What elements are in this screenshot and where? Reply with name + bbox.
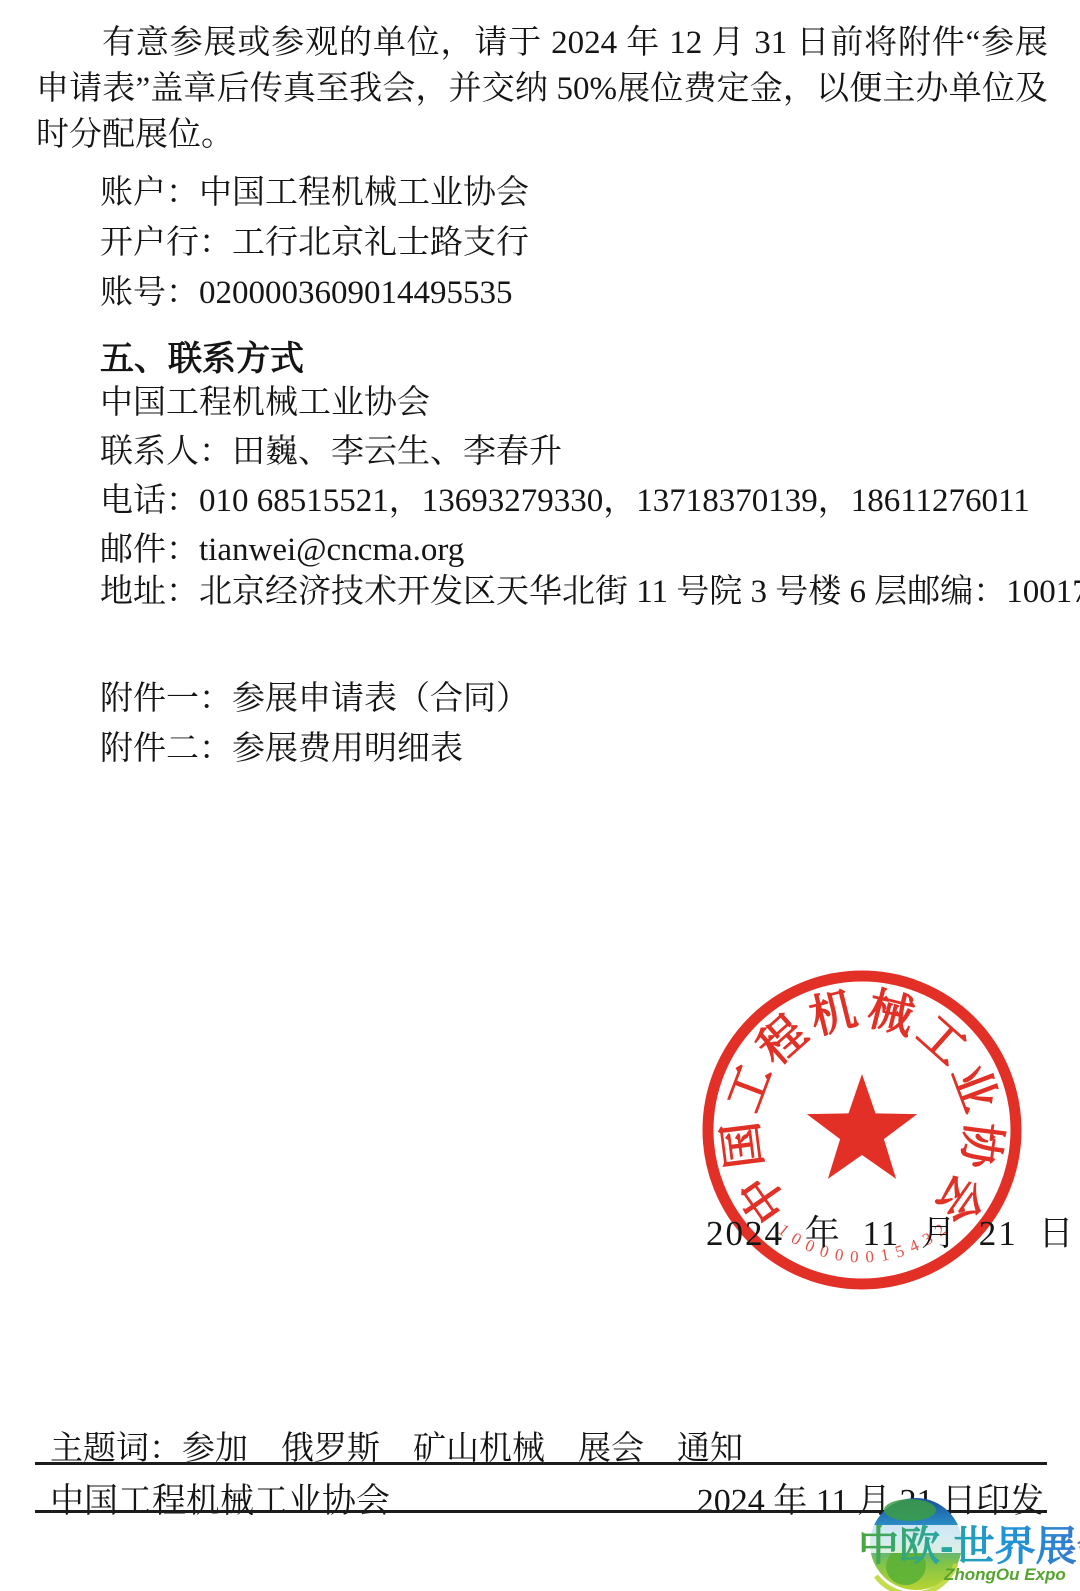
- attachment-2: 附件二：参展费用明细表: [100, 726, 463, 772]
- section-heading-contact: 五、联系方式: [100, 331, 304, 380]
- seal-char: 国: [715, 1119, 771, 1171]
- contact-address: 地址：北京经济技术开发区天华北街 11 号院 3 号楼 6 层邮编：100176: [100, 569, 1080, 615]
- expo-logo: 中欧-世界展会 ZhongOu Expo: [854, 1494, 1080, 1591]
- contact-persons: 联系人：田巍、李云生、李春升: [100, 429, 562, 475]
- attachment-1: 附件一：参展申请表（合同）: [100, 676, 529, 722]
- seal-star-icon: [807, 1074, 917, 1179]
- footer-rule-top: [35, 1462, 1047, 1465]
- bank-account-number: 账号：0200003609014495535: [100, 270, 513, 316]
- bank-branch: 开户行：工行北京礼士路支行: [100, 220, 529, 266]
- expo-logo-subtitle: ZhongOu Expo: [943, 1565, 1066, 1584]
- seal-char: 协: [953, 1119, 1010, 1173]
- issue-date: 2024 年 11 月 21 日: [706, 1206, 1075, 1256]
- contact-phone: 电话：010 68515521，13693279330，13718370139，…: [100, 478, 1030, 524]
- bank-account-name: 账户：中国工程机械工业协会: [100, 170, 529, 216]
- contact-organization: 中国工程机械工业协会: [100, 380, 430, 426]
- intro-paragraph: 有意参展或参观的单位，请于 2024 年 12 月 31 日前将附件“参展申请表…: [36, 20, 1048, 158]
- expo-logo-graphic: 中欧-世界展会 ZhongOu Expo: [854, 1494, 1080, 1591]
- contact-email: 邮件：tianwei@cncma.org: [100, 527, 464, 573]
- seal-char: 械: [862, 983, 919, 1044]
- document-page: { "document": { "intro_paragraph": "有意参展…: [0, 0, 1080, 1591]
- expo-logo-title: 中欧-世界展会: [858, 1523, 1080, 1569]
- footer-issuer: 中国工程机械工业协会: [50, 1473, 390, 1522]
- seal-char: 机: [805, 983, 862, 1044]
